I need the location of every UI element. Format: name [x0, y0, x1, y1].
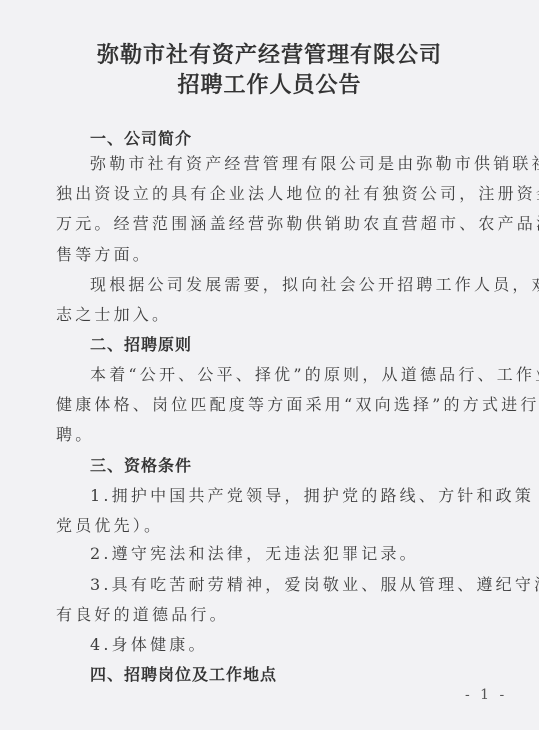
paragraph-line: 聘。 — [56, 422, 94, 445]
section-heading-positions: 四、招聘岗位及工作地点 — [90, 662, 277, 685]
paragraph-line: 弥勒市社有资产经营管理有限公司是由弥勒市供销联社单 — [90, 151, 539, 174]
document-title-line-1: 弥勒市社有资产经营管理有限公司 — [0, 38, 539, 69]
paragraph-line: 志之士加入。 — [56, 302, 171, 325]
paragraph-line: 本着“公开、公平、择优”的原则，从道德品行、工作业绩、 — [90, 362, 539, 385]
paragraph-line: 售等方面。 — [56, 242, 152, 265]
paragraph-line: 独出资设立的具有企业法人地位的社有独资公司，注册资金 100 — [56, 181, 539, 204]
paragraph-line: 4.身体健康。 — [90, 632, 208, 655]
paragraph-line: 健康体格、岗位匹配度等方面采用“双向选择”的方式进行公开招 — [56, 392, 539, 415]
section-heading-principles: 二、招聘原则 — [90, 332, 192, 355]
document-page: 弥勒市社有资产经营管理有限公司 招聘工作人员公告 一、公司简介 弥勒市社有资产经… — [0, 0, 539, 730]
paragraph-line: 万元。经营范围涵盖经营弥勒供销助农直营超市、农产品流通销 — [56, 211, 539, 234]
paragraph-line: 1.拥护中国共产党领导，拥护党的路线、方针和政策（中共 — [90, 483, 539, 506]
paragraph-line: 有良好的道德品行。 — [56, 602, 229, 625]
paragraph-line: 3.具有吃苦耐劳精神，爱岗敬业、服从管理、遵纪守法、具 — [90, 572, 539, 595]
paragraph-line: 党员优先）。 — [56, 513, 163, 536]
section-heading-company-profile: 一、公司简介 — [90, 126, 192, 149]
section-heading-qualifications: 三、资格条件 — [90, 453, 192, 476]
page-number: - 1 - — [465, 687, 507, 703]
document-title-line-2: 招聘工作人员公告 — [0, 68, 539, 99]
paragraph-line: 现根据公司发展需要，拟向社会公开招聘工作人员，欢迎有 — [90, 272, 539, 295]
paragraph-line: 2.遵守宪法和法律，无违法犯罪记录。 — [90, 541, 419, 564]
